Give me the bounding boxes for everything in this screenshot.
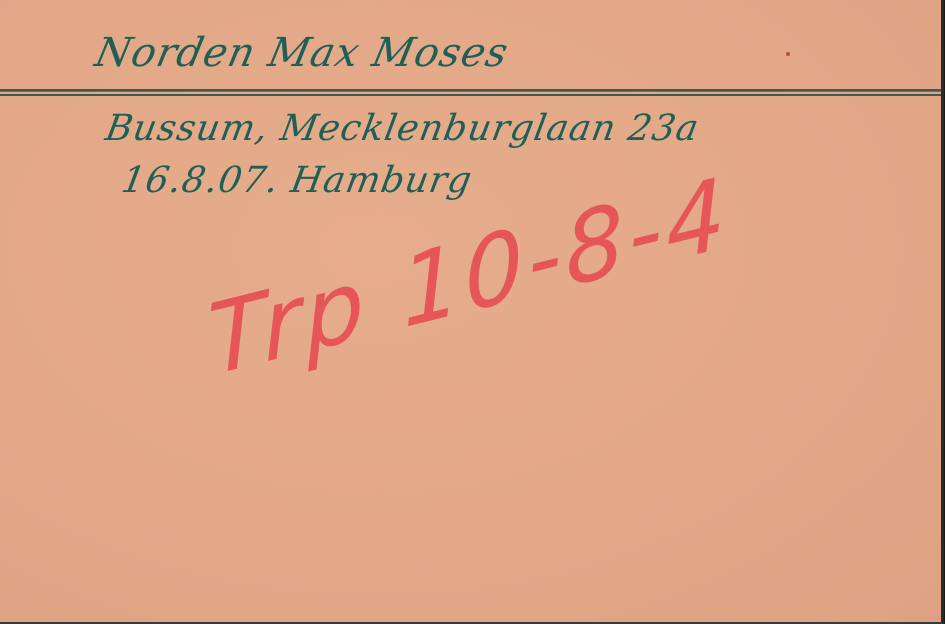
card-address: Bussum, Mecklenburglaan 23a [102, 108, 702, 149]
header-rule [0, 89, 941, 92]
registration-card: Norden Max Moses Bussum, Mecklenburglaan… [0, 0, 944, 624]
ink-speck [786, 52, 790, 56]
header-rule-second [0, 94, 941, 96]
card-name: Norden Max Moses [91, 30, 513, 76]
card-birth-info: 16.8.07. Hamburg [118, 160, 475, 201]
